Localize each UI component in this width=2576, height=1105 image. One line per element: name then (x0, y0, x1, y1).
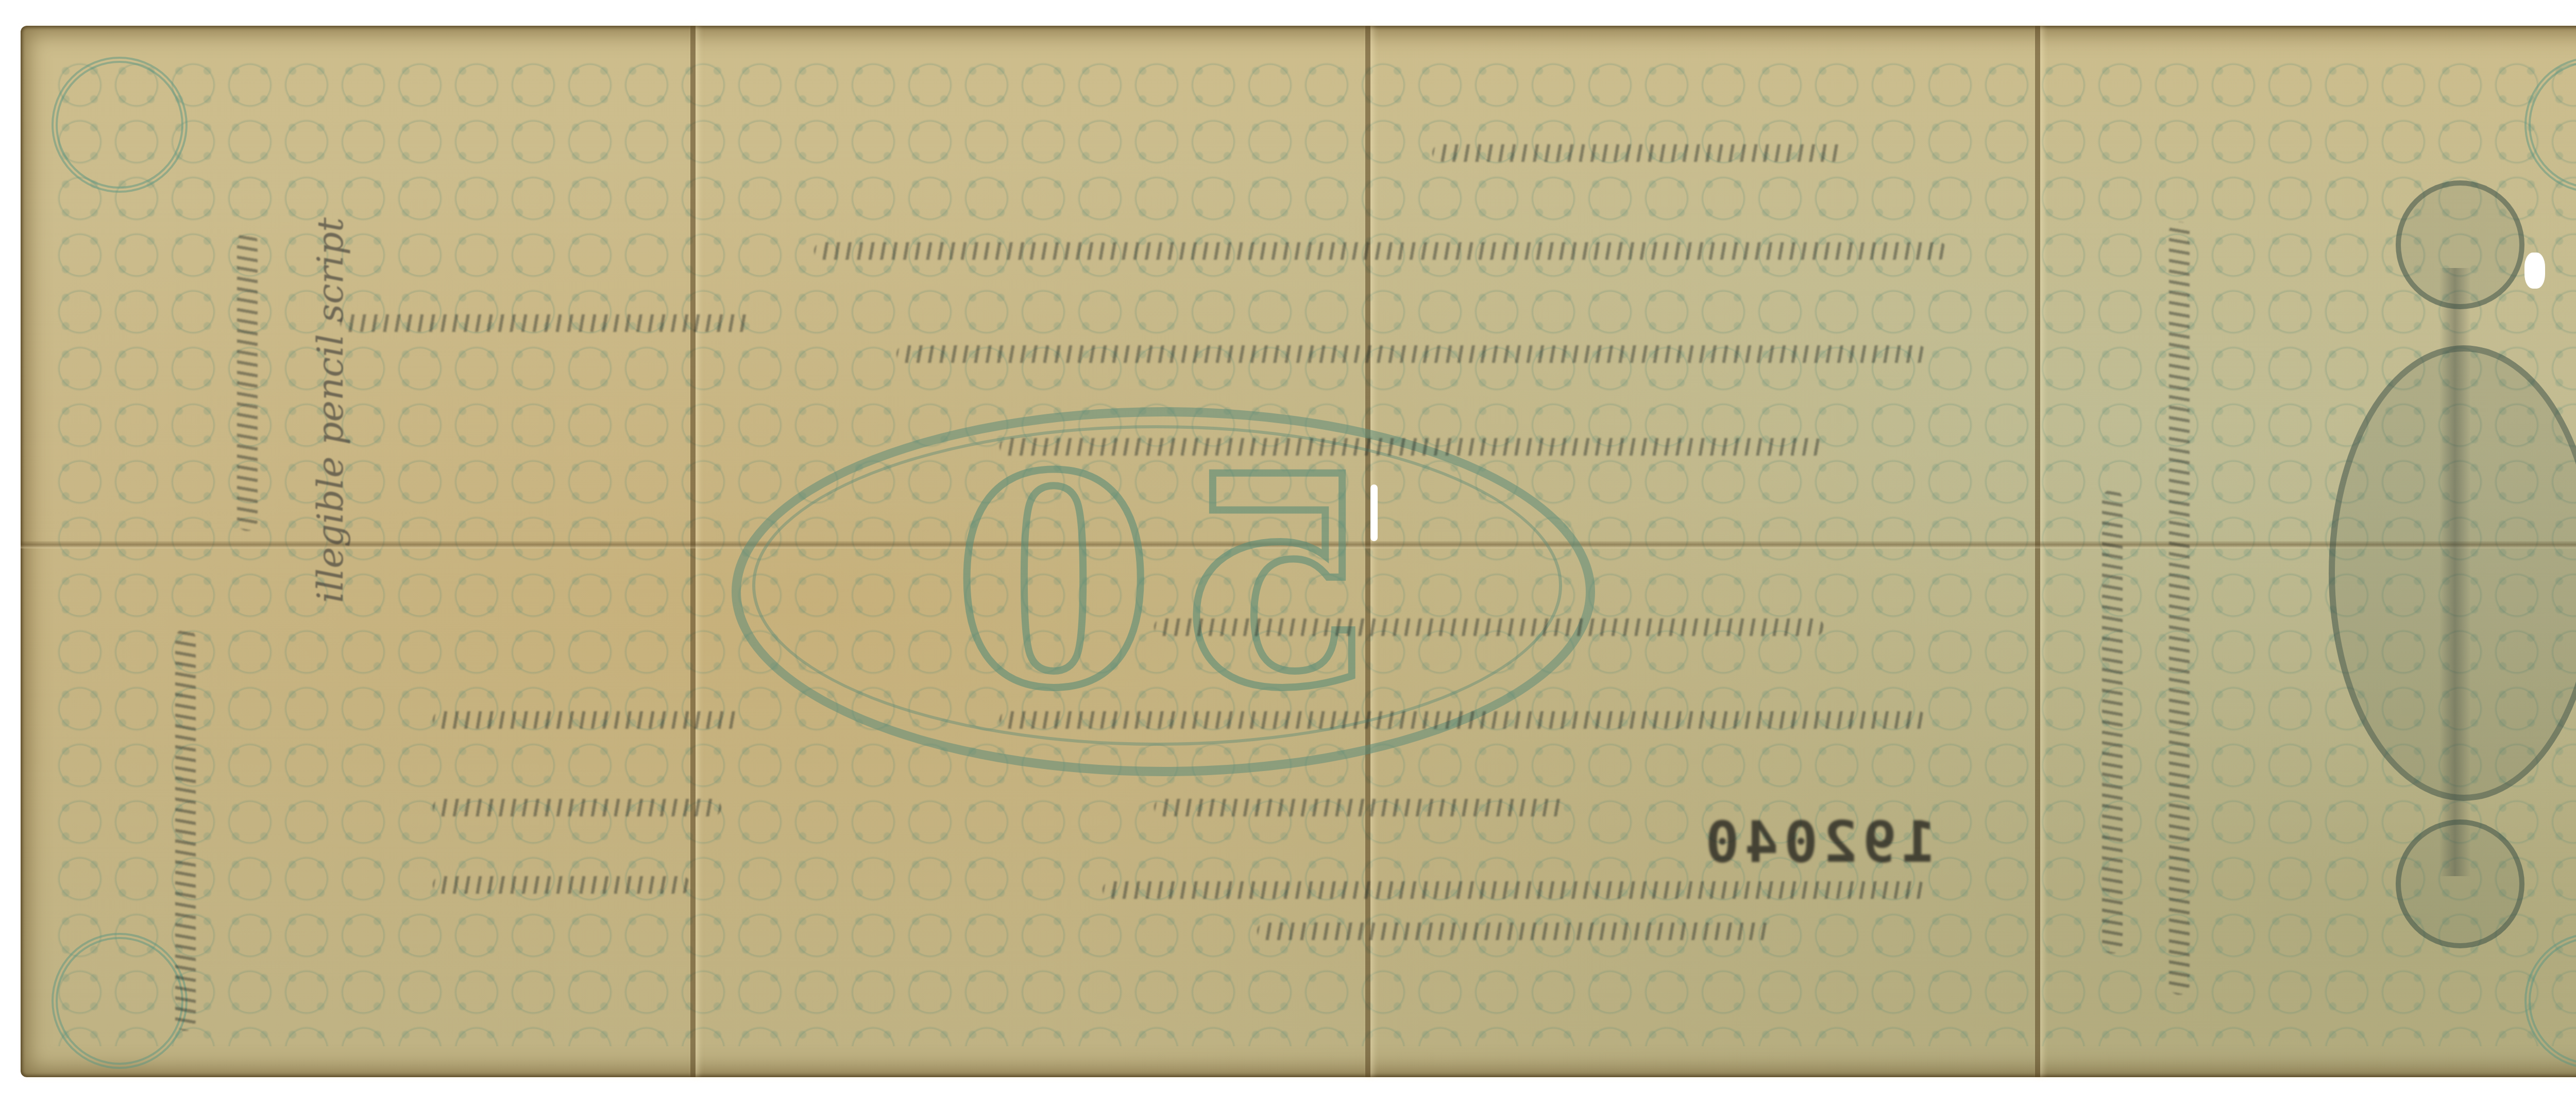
bleed-text-line (1154, 618, 1824, 636)
bleed-text-line (1432, 144, 1844, 162)
emblem-body (2329, 345, 2576, 801)
bleed-text-vertical (2102, 490, 2123, 953)
bleed-text-line (433, 799, 721, 816)
corner-rosette-icon (52, 57, 188, 193)
denomination-numeral: 50 (922, 417, 1386, 747)
bleed-text-line (999, 438, 1824, 456)
bleed-text-line (1154, 799, 1566, 816)
bleed-text-line (433, 876, 690, 894)
banknote: 50 192040 illegible pencil script (21, 26, 2576, 1077)
bleed-text-line (340, 314, 752, 332)
emblem-top-ring (2396, 180, 2524, 309)
bleed-text-line (896, 345, 1927, 363)
bleed-text-line (433, 711, 742, 729)
bleed-text-line (1257, 923, 1772, 940)
bleed-text-line (999, 711, 1927, 729)
bleed-text-vertical (237, 232, 258, 531)
corner-rosette-icon (52, 933, 188, 1069)
paper-hole (2524, 253, 2545, 289)
bleed-text-vertical (2169, 222, 2190, 995)
emblem-bottom-ring (2396, 819, 2524, 948)
bleed-text-line (814, 242, 1947, 260)
paper-tear (1370, 484, 1378, 541)
bleed-text-vertical (175, 629, 196, 1031)
pencil-handwriting: illegible pencil script (309, 217, 351, 603)
serial-number: 192040 (1700, 809, 1936, 875)
bleed-text-line (1103, 881, 1927, 899)
